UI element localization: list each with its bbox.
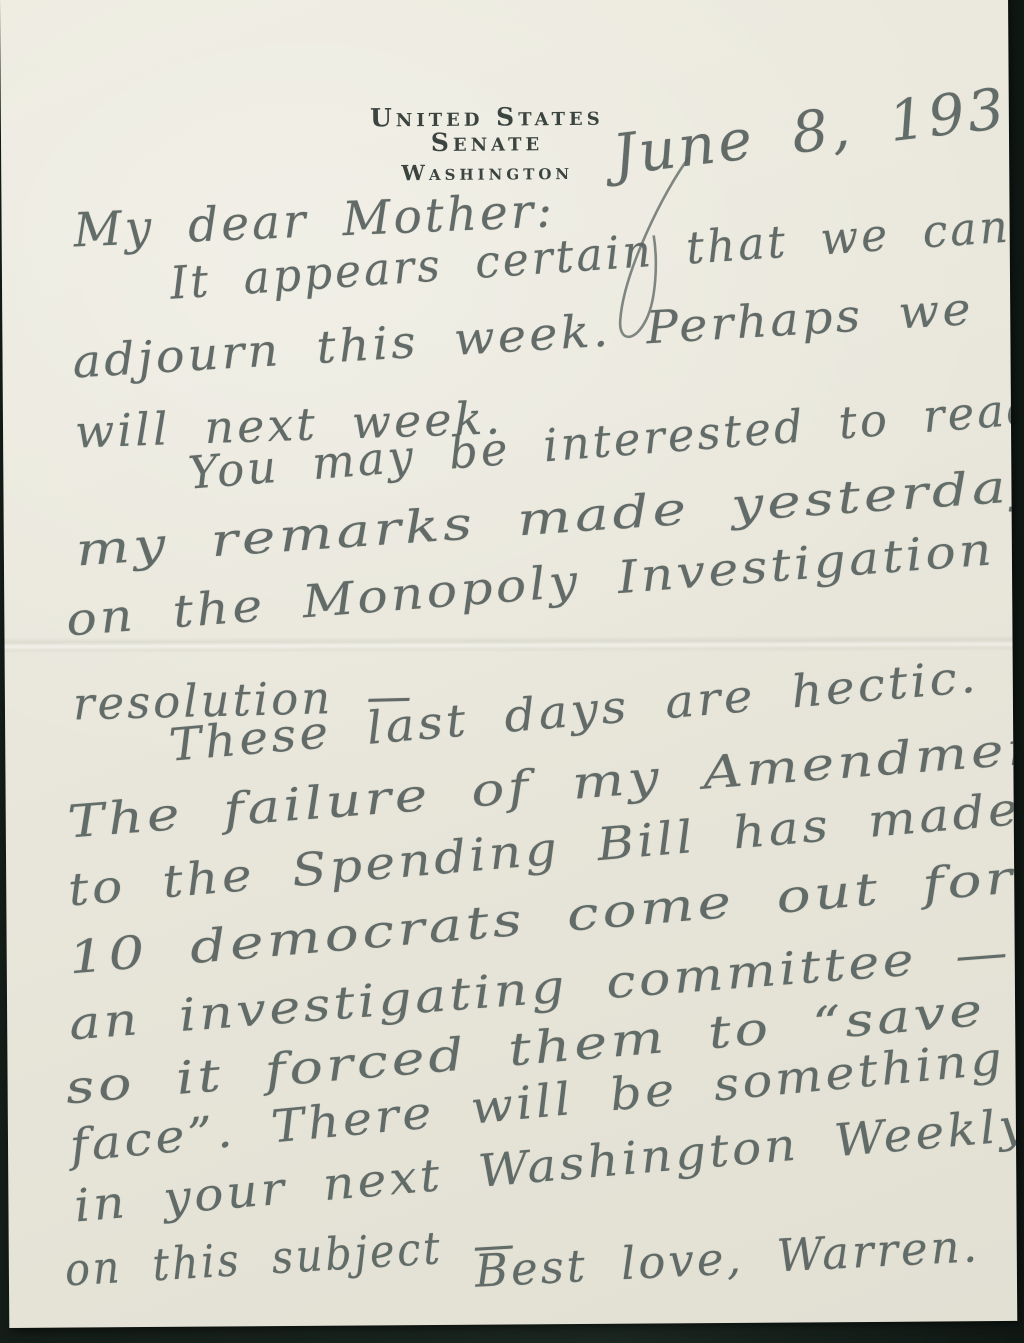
- fold-crease: [5, 635, 1013, 654]
- letter-page: United States Senate Washington June 8, …: [0, 0, 1017, 1328]
- scan-background: United States Senate Washington June 8, …: [0, 0, 1024, 1343]
- body-line: on this subject —: [63, 1217, 518, 1297]
- letterhead-org-line: United States Senate: [331, 104, 643, 156]
- handwritten-date: June 8, 1938,: [609, 69, 1017, 188]
- closing-signature-line: Best love, Warren.: [474, 1219, 981, 1298]
